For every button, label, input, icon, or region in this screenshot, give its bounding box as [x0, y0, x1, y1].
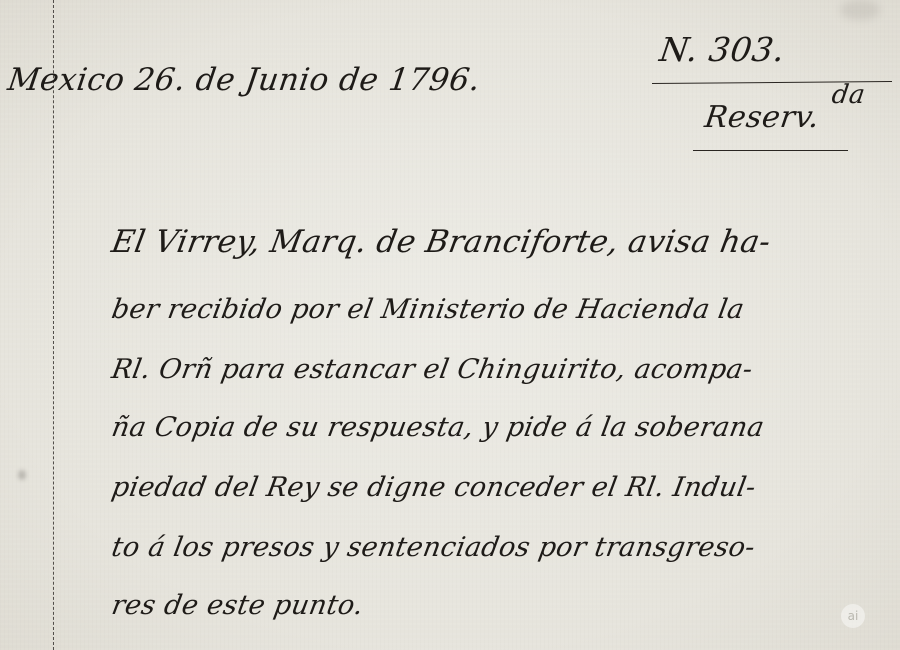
body-line: to á los presos y sentenciados por trans… — [109, 532, 757, 563]
place-date-heading: Mexico 26. de Junio de 1796. — [5, 62, 482, 98]
body-line: ña Copia de su respuesta, y pide á la so… — [109, 412, 766, 443]
classification-label: Reserv. — [703, 100, 822, 135]
body-line: Rl. Orñ para estancar el Chinguirito, ac… — [109, 354, 755, 385]
paper-stain — [840, 0, 880, 20]
body-line: res de este punto. — [109, 590, 366, 621]
classification-superscript: da — [830, 80, 867, 110]
body-line: El Virrey, Marq. de Branciforte, avisa h… — [109, 224, 774, 260]
ink-smudge — [18, 470, 26, 480]
classification-underline — [693, 150, 848, 151]
body-line: piedad del Rey se digne conceder el Rl. … — [109, 472, 758, 503]
ai-watermark-badge: ai — [841, 604, 865, 628]
body-line: ber recibido por el Ministerio de Hacien… — [109, 294, 746, 325]
document-number: N. 303. — [657, 30, 787, 69]
